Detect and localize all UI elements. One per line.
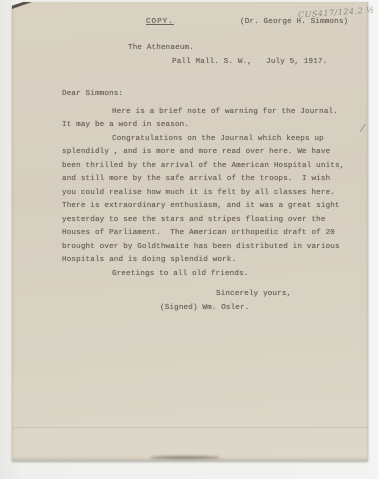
letter-paper: CUS417/124.2 ½ COPY. (Dr. George H. Simm… (12, 2, 368, 461)
body-line: Congratulations on the Journal which kee… (62, 133, 352, 147)
body-line: you could realise how much it is felt by… (62, 187, 352, 201)
body-line: yesterday to see the stars and stripes f… (62, 214, 352, 228)
scanned-letter-page: { "annotations": { "shelfmark_handwritte… (0, 0, 379, 479)
body-line: There is extraordinary enthusiasm, and i… (62, 200, 352, 214)
paper-crease (12, 427, 368, 428)
body-line: Here is a brief note of warning for the … (62, 106, 352, 120)
address-date-line: Pall Mall. S. W., July 5, 1917. (172, 58, 327, 66)
body-line: and still more by the safe arrival of th… (62, 173, 352, 187)
recipient-note: (Dr. George H. Simmons) (240, 18, 348, 26)
paper-smudge (150, 456, 220, 459)
institution-line: The Athenaeum. (128, 44, 194, 52)
body-line: been thrilled by the arrival of the Amer… (62, 160, 352, 174)
letter-body: Dear Simmons: Here is a brief note of wa… (62, 88, 352, 281)
body-line: brought over by Goldthwaite has been dis… (62, 241, 352, 255)
pencil-margin-mark: / (360, 123, 365, 134)
closing: Sincerely yours, (216, 290, 291, 298)
signature: (Signed) Wm. Osler. (160, 304, 249, 312)
body-line: splendidly , and is more and more read o… (62, 146, 352, 160)
body-line: Hospitals and is doing splendid work. (62, 254, 352, 268)
salutation: Dear Simmons: (62, 88, 352, 102)
copy-label: COPY. (146, 18, 174, 26)
body-line: It may be a word in season. (62, 119, 352, 133)
paper-corner-cut-mask (11, 0, 29, 6)
body-line: Greetings to all old friends. (62, 268, 352, 282)
body-line: Houses of Parliament. The American ortho… (62, 227, 352, 241)
